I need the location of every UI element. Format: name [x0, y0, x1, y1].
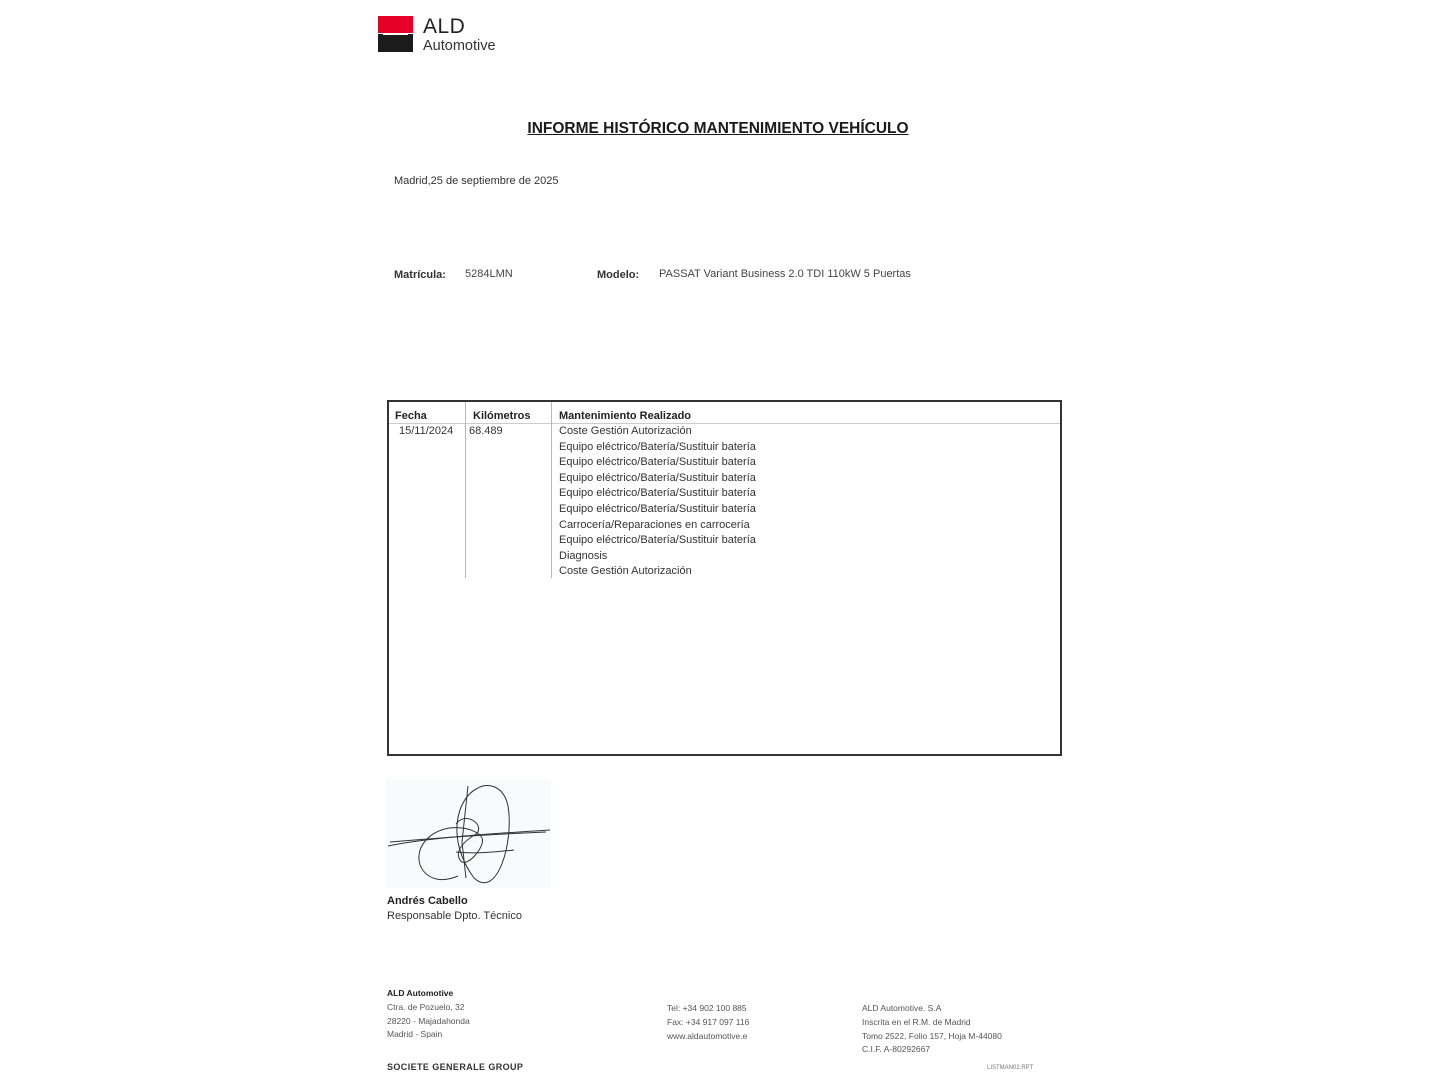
row-date: 15/11/2024 — [399, 425, 453, 437]
maintenance-table: Fecha Kilómetros Mantenimiento Realizado… — [387, 400, 1062, 756]
header-km: Kilómetros — [473, 410, 530, 422]
maintenance-item: Diagnosis — [559, 549, 756, 565]
footer-legal-line: Inscrita en el R.M. de Madrid — [862, 1017, 971, 1027]
plate-label: Matrícula: — [394, 269, 446, 281]
maintenance-item: Coste Gestión Autorización — [559, 424, 756, 440]
handwritten-signature-icon — [386, 780, 551, 888]
footer-address: ALD Automotive Ctra. de Pozuelo, 32 2822… — [387, 987, 470, 1042]
column-divider — [551, 402, 552, 578]
signature-image — [386, 780, 551, 888]
footer-phone: Tel: +34 902 100 885 — [667, 1003, 747, 1013]
document-title: INFORME HISTÓRICO MANTENIMIENTO VEHÍCULO — [0, 120, 1436, 138]
footer-company: ALD Automotive — [387, 988, 453, 998]
column-divider — [465, 402, 466, 578]
signer-role: Responsable Dpto. Técnico — [387, 910, 522, 922]
footer-website: www.aldautomotive.e — [667, 1031, 747, 1041]
maintenance-item: Equipo eléctrico/Batería/Sustituir bater… — [559, 533, 756, 549]
signer-name: Andrés Cabello — [387, 895, 468, 907]
maintenance-item: Equipo eléctrico/Batería/Sustituir bater… — [559, 455, 756, 471]
maintenance-item: Equipo eléctrico/Batería/Sustituir bater… — [559, 502, 756, 518]
maintenance-item: Equipo eléctrico/Batería/Sustituir bater… — [559, 440, 756, 456]
footer-legal-line: ALD Automotive. S.A — [862, 1003, 941, 1013]
report-code: LISTMAN02.RPT — [987, 1065, 1033, 1071]
maintenance-item: Equipo eléctrico/Batería/Sustituir bater… — [559, 486, 756, 502]
footer-contact: Tel: +34 902 100 885 Fax: +34 917 097 11… — [667, 1002, 749, 1043]
footer-address-line: 28220 - Majadahonda — [387, 1016, 470, 1026]
model-value: PASSAT Variant Business 2.0 TDI 110kW 5 … — [659, 268, 911, 280]
ald-automotive-logo: ALD Automotive — [378, 16, 510, 54]
maintenance-item: Coste Gestión Autorización — [559, 564, 756, 580]
model-label: Modelo: — [597, 269, 639, 281]
footer-legal-line: Tomo 2522, Folio 157, Hoja M-44080 — [862, 1031, 1002, 1041]
maintenance-items-list: Coste Gestión Autorización Equipo eléctr… — [559, 424, 756, 580]
plate-value: 5284LMN — [465, 268, 513, 280]
footer-legal: ALD Automotive. S.A Inscrita en el R.M. … — [862, 1002, 1002, 1057]
footer-address-line: Madrid - Spain — [387, 1029, 442, 1039]
maintenance-item: Equipo eléctrico/Batería/Sustituir bater… — [559, 471, 756, 487]
footer-group-name: SOCIETE GENERALE GROUP — [387, 1062, 523, 1072]
footer-address-line: Ctra. de Pozuelo, 32 — [387, 1002, 465, 1012]
societe-generale-mark-icon — [378, 16, 413, 52]
footer-fax: Fax: +34 917 097 116 — [667, 1017, 749, 1027]
document-date: Madrid,25 de septiembre de 2025 — [394, 175, 559, 187]
header-maintenance: Mantenimiento Realizado — [559, 410, 691, 422]
footer-legal-line: C.I.F. A-80292667 — [862, 1044, 930, 1054]
header-date: Fecha — [395, 410, 427, 422]
row-km: 68.489 — [469, 425, 503, 437]
logo-brand-subname: Automotive — [423, 38, 496, 54]
logo-brand-name: ALD — [423, 15, 465, 39]
maintenance-item: Carrocería/Reparaciones en carrocería — [559, 518, 756, 534]
